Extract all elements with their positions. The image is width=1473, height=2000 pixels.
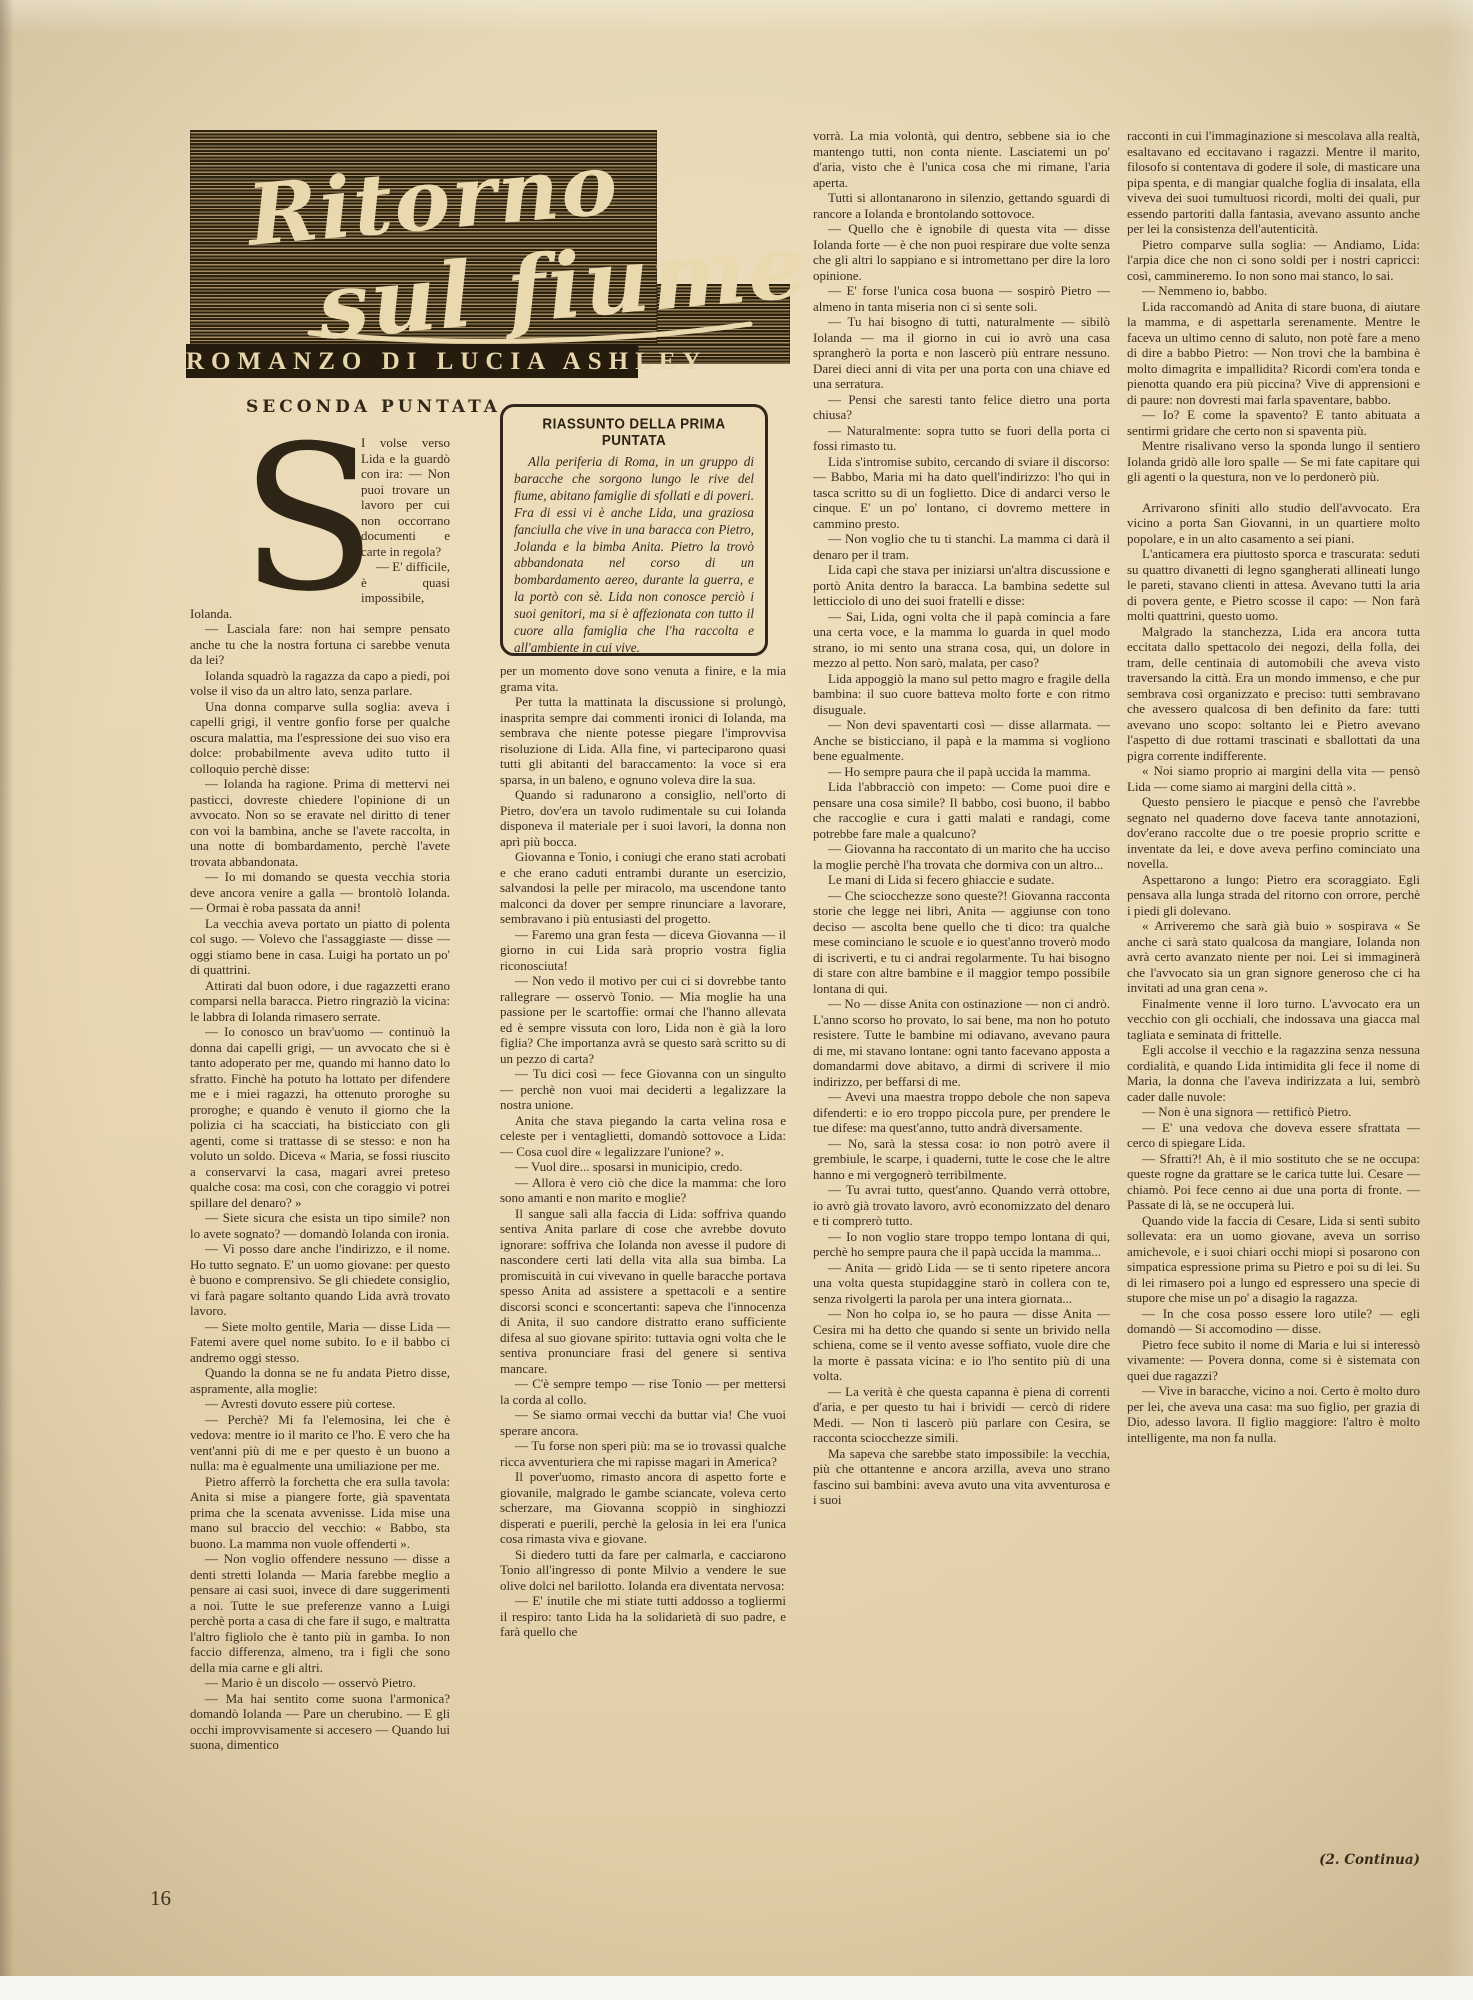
paragraph: — Perchè? Mi fa l'elemosina, lei che è v… bbox=[190, 1412, 450, 1474]
paragraph: Quando vide la faccia di Cesare, Lida si… bbox=[1127, 1213, 1420, 1306]
paragraph: Mentre risalivano verso la sponda lungo … bbox=[1127, 438, 1420, 485]
recap-body: Alla periferia di Roma, in un gruppo di … bbox=[514, 454, 754, 657]
paragraph: Anita che stava piegando la carta velina… bbox=[500, 1113, 786, 1160]
paragraph: — Tu avrai tutto, quest'anno. Quando ver… bbox=[813, 1182, 1110, 1229]
recap-box: RIASSUNTO DELLA PRIMA PUNTATA Alla perif… bbox=[500, 404, 768, 656]
paragraph: — Allora è vero ciò che dice la mamma: c… bbox=[500, 1175, 786, 1206]
paragraph: — Non devi spaventarti così — disse alla… bbox=[813, 717, 1110, 764]
paragraph: — Tu hai bisogno di tutti, naturalmente … bbox=[813, 314, 1110, 392]
paragraph: — Mario è un discolo — osservò Pietro. bbox=[190, 1675, 450, 1691]
paragraph: — Tu dici così — fece Giovanna con un si… bbox=[500, 1066, 786, 1113]
paragraph: Si diedero tutti da fare per calmarla, e… bbox=[500, 1547, 786, 1594]
paragraph: Il sangue salì alla faccia di Lida: soff… bbox=[500, 1206, 786, 1377]
paragraph: racconti in cui l'immaginazione si mesco… bbox=[1127, 128, 1420, 237]
paragraph: Tutti si allontanarono in silenzio, gett… bbox=[813, 190, 1110, 221]
paragraph: per un momento dove sono venuta a finire… bbox=[500, 663, 786, 694]
paragraph: — Siete sicura che esista un tipo simile… bbox=[190, 1210, 450, 1241]
text-column-4: racconti in cui l'immaginazione si mesco… bbox=[1127, 128, 1420, 1858]
paragraph: — No — disse Anita con ostinazione — non… bbox=[813, 996, 1110, 1089]
page-number: 16 bbox=[150, 1886, 171, 1911]
paragraph: — Io mi domando se questa vecchia storia… bbox=[190, 869, 450, 916]
paragraph: — Non è una signora — rettificò Pietro. bbox=[1127, 1104, 1420, 1120]
paragraph: — La verità è che questa capanna è piena… bbox=[813, 1384, 1110, 1446]
text-column-2: per un momento dove sono venuta a finire… bbox=[500, 663, 786, 1828]
paragraph: — Vi posso dare anche l'indirizzo, e il … bbox=[190, 1241, 450, 1319]
paragraph: Lida l'abbracciò con impeto: — Come puoi… bbox=[813, 779, 1110, 841]
paragraph: Finalmente venne il loro turno. L'avvoca… bbox=[1127, 996, 1420, 1043]
paragraph: Quando si radunarono a consiglio, nell'o… bbox=[500, 787, 786, 849]
paragraph: Pietro fece subito il nome di Maria e lu… bbox=[1127, 1337, 1420, 1384]
paragraph: — Ho sempre paura che il papà uccida la … bbox=[813, 764, 1110, 780]
paragraph: — Vive in baracche, vicino a noi. Certo … bbox=[1127, 1383, 1420, 1445]
paragraph: Egli accolse il vecchio e la ragazzina s… bbox=[1127, 1042, 1420, 1104]
paragraph: — Naturalmente: sopra tutto se fuori del… bbox=[813, 423, 1110, 454]
paragraph: Quando la donna se ne fu andata Pietro d… bbox=[190, 1365, 450, 1396]
paragraph: — Ma hai sentito come suona l'armonica? … bbox=[190, 1691, 450, 1753]
paragraph: Pietro afferrò la forchetta che era sull… bbox=[190, 1474, 450, 1552]
paragraph: — Pensi che saresti tanto felice dietro … bbox=[813, 392, 1110, 423]
paragraph: — Faremo una gran festa — diceva Giovann… bbox=[500, 927, 786, 974]
paragraph: Pietro comparve sulla soglia: — Andiamo,… bbox=[1127, 237, 1420, 284]
paragraph: Iolanda squadrò la ragazza da capo a pie… bbox=[190, 668, 450, 699]
paragraph: — Quello che è ignobile di questa vita —… bbox=[813, 221, 1110, 283]
paragraph: — Avresti dovuto essere più cortese. bbox=[190, 1396, 450, 1412]
paragraph: Lida capì che stava per iniziarsi un'alt… bbox=[813, 562, 1110, 609]
column-2-paragraphs: per un momento dove sono venuta a finire… bbox=[500, 663, 786, 1640]
paragraph: — Vuol dire... sposarsi in municipio, cr… bbox=[500, 1159, 786, 1175]
paragraph: — E' inutile che mi stiate tutti addosso… bbox=[500, 1593, 786, 1640]
paragraph: — No, sarà la stessa cosa: io non potrò … bbox=[813, 1136, 1110, 1183]
paragraph: Lida raccomandò ad Anita di stare buona,… bbox=[1127, 299, 1420, 408]
paragraph: Questo pensiero le piacque e pensò che l… bbox=[1127, 794, 1420, 872]
paragraph: Lida s'intromise subito, cercando di svi… bbox=[813, 454, 1110, 532]
paragraph: Le mani di Lida si fecero ghiaccie e sud… bbox=[813, 872, 1110, 888]
paragraph: — Avevi una maestra troppo debole che no… bbox=[813, 1089, 1110, 1136]
paragraph: Lida appoggiò la mano sul petto magro e … bbox=[813, 671, 1110, 718]
paragraph: — Se siamo ormai vecchi da buttar via! C… bbox=[500, 1407, 786, 1438]
paragraph: — Anita — gridò Lida — se ti sento ripet… bbox=[813, 1260, 1110, 1307]
paragraph: — E' una vedova che doveva essere sfratt… bbox=[1127, 1120, 1420, 1151]
paragraph: — Sfratti?! Ah, è il mio sostituto che s… bbox=[1127, 1151, 1420, 1213]
paragraph: — Non ho colpa io, se ho paura — disse A… bbox=[813, 1306, 1110, 1384]
scan-bottom-band bbox=[0, 1976, 1473, 2000]
paragraph: — Io conosco un brav'uomo — continuò la … bbox=[190, 1024, 450, 1210]
paragraph: — Giovanna ha raccontato di un marito ch… bbox=[813, 841, 1110, 872]
paragraph: — Lasciala fare: non hai sempre pensato … bbox=[190, 621, 450, 668]
paragraph: — Non vedo il motivo per cui ci si dovre… bbox=[500, 973, 786, 1066]
paragraph: — Io non voglio stare troppo tempo lonta… bbox=[813, 1229, 1110, 1260]
magazine-page: { "page": { "number": "16", "continuatio… bbox=[0, 0, 1473, 2000]
column-4-paragraphs: racconti in cui l'immaginazione si mesco… bbox=[1127, 128, 1420, 1445]
text-column-3: vorrà. La mia volontà, qui dentro, sebbe… bbox=[813, 128, 1110, 1864]
paragraph: — E' forse l'unica cosa buona — sospirò … bbox=[813, 283, 1110, 314]
continuation-note: (2. Continua) bbox=[1127, 1852, 1420, 1868]
paragraph: Giovanna e Tonio, i coniugi che erano st… bbox=[500, 849, 786, 927]
paragraph: — Io? E come la spavento? E tanto abitua… bbox=[1127, 407, 1420, 438]
paragraph: L'anticamera era piuttosto sporca e tras… bbox=[1127, 546, 1420, 624]
byline-text: ROMANZO DI LUCIA ASHLEY bbox=[186, 348, 707, 375]
paragraph: « Noi siamo proprio ai margini della vit… bbox=[1127, 763, 1420, 794]
paragraph: — C'è sempre tempo — rise Tonio — per me… bbox=[500, 1376, 786, 1407]
byline-bar: ROMANZO DI LUCIA ASHLEY bbox=[186, 344, 638, 378]
paragraph: — Non voglio che tu ti stanchi. La mamma… bbox=[813, 531, 1110, 562]
column-1-paragraphs: I volse verso Lida e la guardò con ira: … bbox=[190, 435, 450, 1753]
paragraph: — Nemmeno io, babbo. bbox=[1127, 283, 1420, 299]
paragraph: Per tutta la mattinata la discussione si… bbox=[500, 694, 786, 787]
paragraph: — Sai, Lida, ogni volta che il papà comi… bbox=[813, 609, 1110, 671]
paragraph: Una donna comparve sulla soglia: aveva i… bbox=[190, 699, 450, 777]
paragraph: — Siete molto gentile, Maria — disse Lid… bbox=[190, 1319, 450, 1366]
paragraph: La vecchia aveva portato un piatto di po… bbox=[190, 916, 450, 978]
paragraph: — Che sciocchezze sono queste?! Giovanna… bbox=[813, 888, 1110, 997]
paragraph: Arrivarono sfiniti allo studio dell'avvo… bbox=[1127, 500, 1420, 547]
text-column-1: S I volse verso Lida e la guardò con ira… bbox=[190, 435, 450, 1883]
column-3-paragraphs: vorrà. La mia volontà, qui dentro, sebbe… bbox=[813, 128, 1110, 1508]
paragraph: Aspettarono a lungo: Pietro era scoraggi… bbox=[1127, 872, 1420, 919]
paragraph: vorrà. La mia volontà, qui dentro, sebbe… bbox=[813, 128, 1110, 190]
paragraph: Malgrado la stanchezza, Lida era ancora … bbox=[1127, 624, 1420, 764]
drop-cap: S bbox=[240, 445, 352, 597]
paragraph: — Tu forse non speri più: ma se io trova… bbox=[500, 1438, 786, 1469]
paragraph: Ma sapeva che sarebbe stato impossibile:… bbox=[813, 1446, 1110, 1508]
paragraph: — Iolanda ha ragione. Prima di mettervi … bbox=[190, 776, 450, 869]
paragraph: Attirati dal buon odore, i due ragazzett… bbox=[190, 978, 450, 1025]
title-script-art: Ritorno sul fiume bbox=[190, 128, 790, 348]
paragraph: Il pover'uomo, rimasto ancora di aspetto… bbox=[500, 1469, 786, 1547]
paragraph: — In che cosa posso essere loro utile? —… bbox=[1127, 1306, 1420, 1337]
recap-title: RIASSUNTO DELLA PRIMA PUNTATA bbox=[514, 416, 754, 449]
paragraph: « Arriveremo che sarà già buio » sospira… bbox=[1127, 918, 1420, 996]
paragraph: — Non voglio offendere nessuno — disse a… bbox=[190, 1551, 450, 1675]
